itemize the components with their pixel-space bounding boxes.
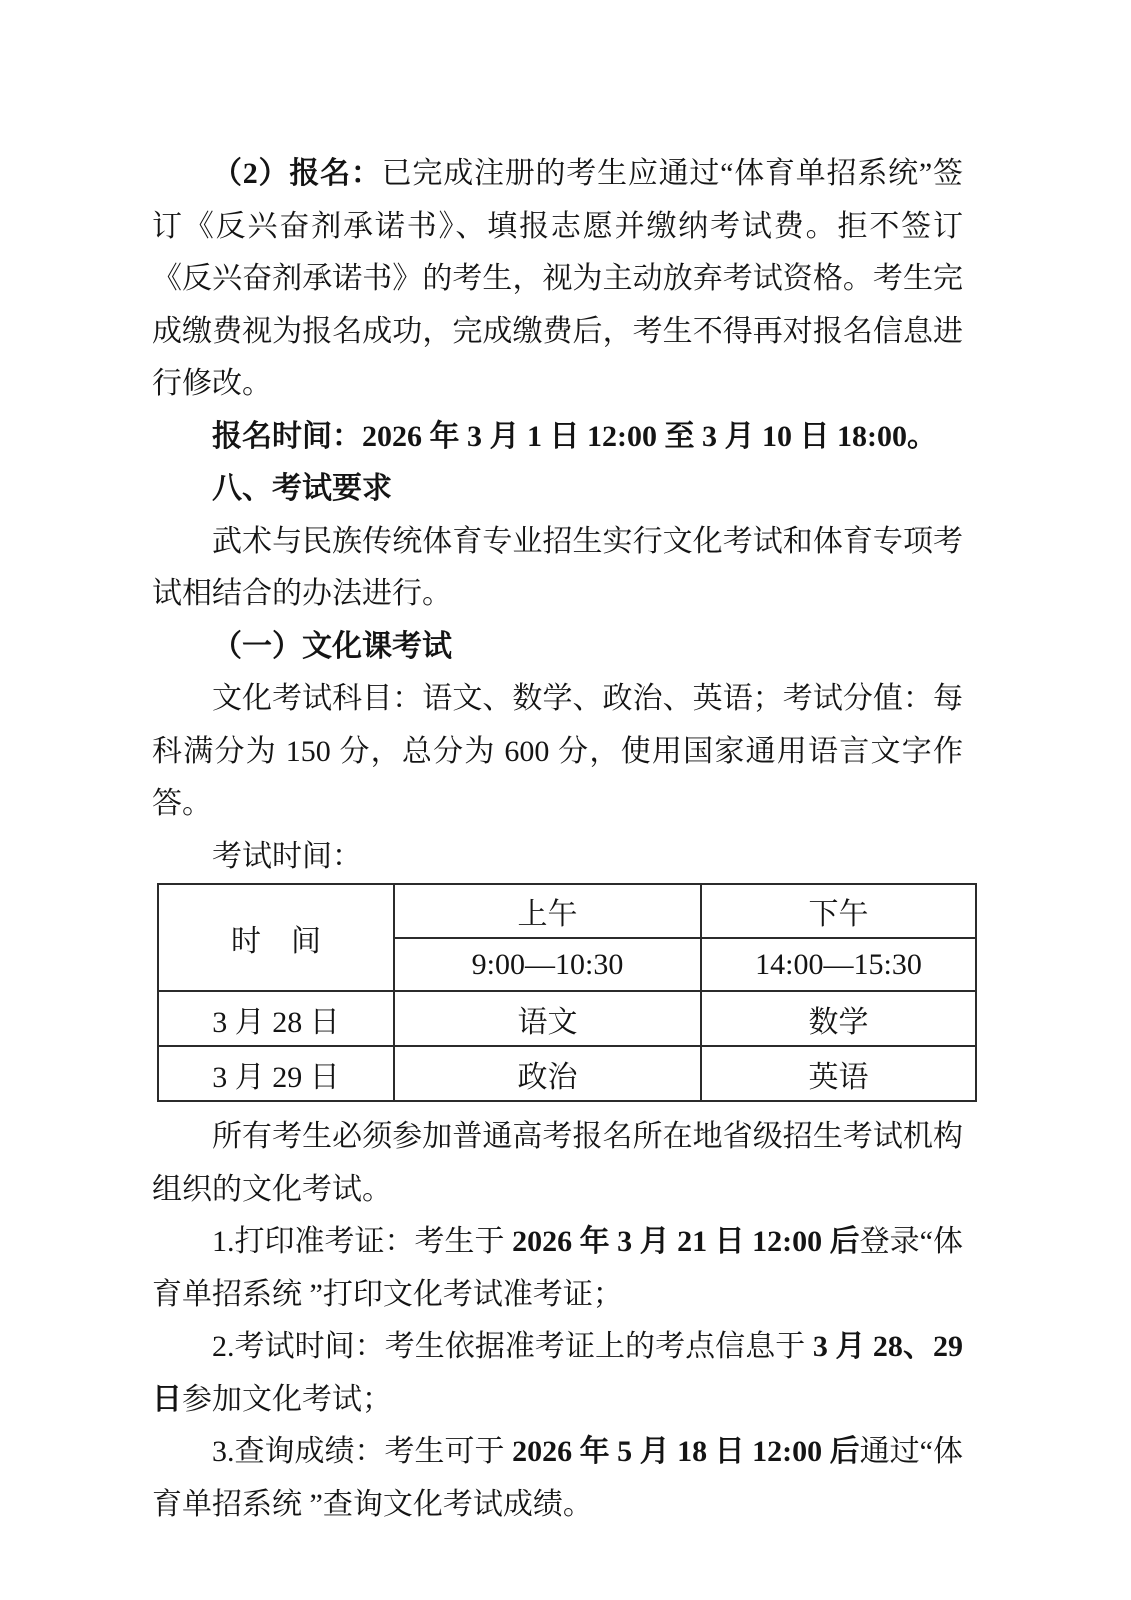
exam-schedule-table: 时 间 上午 下午 9:00—10:30 14:00—15:30 3 月 28 … xyxy=(157,883,977,1102)
heading-section-8: 八、考试要求 xyxy=(152,463,963,516)
table-cell-time-header: 时 间 xyxy=(158,884,394,991)
paragraph-all-candidates: 所有考生必须参加普通高考报名所在地省级招生考试机构组织的文化考试。 xyxy=(152,1111,963,1216)
registration-label: （2）报名： xyxy=(212,157,382,190)
score-query-date: 2026 年 5 月 18 日 12:00 后 xyxy=(512,1435,860,1468)
score-query-prefix: 3.查询成绩：考生可于 xyxy=(212,1435,512,1468)
table-cell-afternoon-header: 下午 xyxy=(701,884,976,938)
registration-body: 已完成注册的考生应通过“体育单招系统”签订《反兴奋剂承诺书》、填报志愿并缴纳考试… xyxy=(152,157,963,400)
paragraph-admission-method: 武术与民族传统体育专业招生实行文化考试和体育专项考试相结合的办法进行。 xyxy=(152,516,963,621)
print-ticket-prefix: 1.打印准考证：考生于 xyxy=(212,1225,512,1258)
table-row-session: 时 间 上午 下午 xyxy=(158,884,976,938)
table-cell-morning-header: 上午 xyxy=(394,884,701,938)
table-cell-afternoon-time: 14:00—15:30 xyxy=(701,938,976,991)
table-row-march-28: 3 月 28 日 语文 数学 xyxy=(158,991,976,1046)
table-cell-date-28: 3 月 28 日 xyxy=(158,991,394,1046)
table-cell-subject-math: 数学 xyxy=(701,991,976,1046)
exam-time-prefix: 2.考试时间：考生依据准考证上的考点信息于 xyxy=(212,1330,813,1363)
table-cell-subject-politics: 政治 xyxy=(394,1046,701,1101)
list-item-print-ticket: 1.打印准考证：考生于 2026 年 3 月 21 日 12:00 后登录“体育… xyxy=(152,1216,963,1321)
paragraph-registration-time: 报名时间：2026 年 3 月 1 日 12:00 至 3 月 10 日 18:… xyxy=(152,411,963,464)
paragraph-registration: （2）报名：已完成注册的考生应通过“体育单招系统”签订《反兴奋剂承诺书》、填报志… xyxy=(152,148,963,411)
list-item-score-query: 3.查询成绩：考生可于 2026 年 5 月 18 日 12:00 后通过“体育… xyxy=(152,1426,963,1531)
table-row-march-29: 3 月 29 日 政治 英语 xyxy=(158,1046,976,1101)
table-cell-date-29: 3 月 29 日 xyxy=(158,1046,394,1101)
document-content: （2）报名：已完成注册的考生应通过“体育单招系统”签订《反兴奋剂承诺书》、填报志… xyxy=(0,0,1108,1531)
document-page: （2）报名：已完成注册的考生应通过“体育单招系统”签订《反兴奋剂承诺书》、填报志… xyxy=(0,0,1131,1600)
list-item-exam-time: 2.考试时间：考生依据准考证上的考点信息于 3 月 28、29 日参加文化考试； xyxy=(152,1321,963,1426)
paragraph-exam-time-label: 考试时间： xyxy=(152,831,963,884)
exam-time-suffix: 参加文化考试； xyxy=(182,1383,392,1416)
table-cell-subject-english: 英语 xyxy=(701,1046,976,1101)
heading-culture-exam: （一）文化课考试 xyxy=(152,621,963,674)
table-cell-morning-time: 9:00—10:30 xyxy=(394,938,701,991)
table-cell-subject-chinese: 语文 xyxy=(394,991,701,1046)
print-ticket-date: 2026 年 3 月 21 日 12:00 后 xyxy=(512,1225,860,1258)
paragraph-exam-subjects: 文化考试科目：语文、数学、政治、英语；考试分值：每科满分为 150 分，总分为 … xyxy=(152,673,963,831)
